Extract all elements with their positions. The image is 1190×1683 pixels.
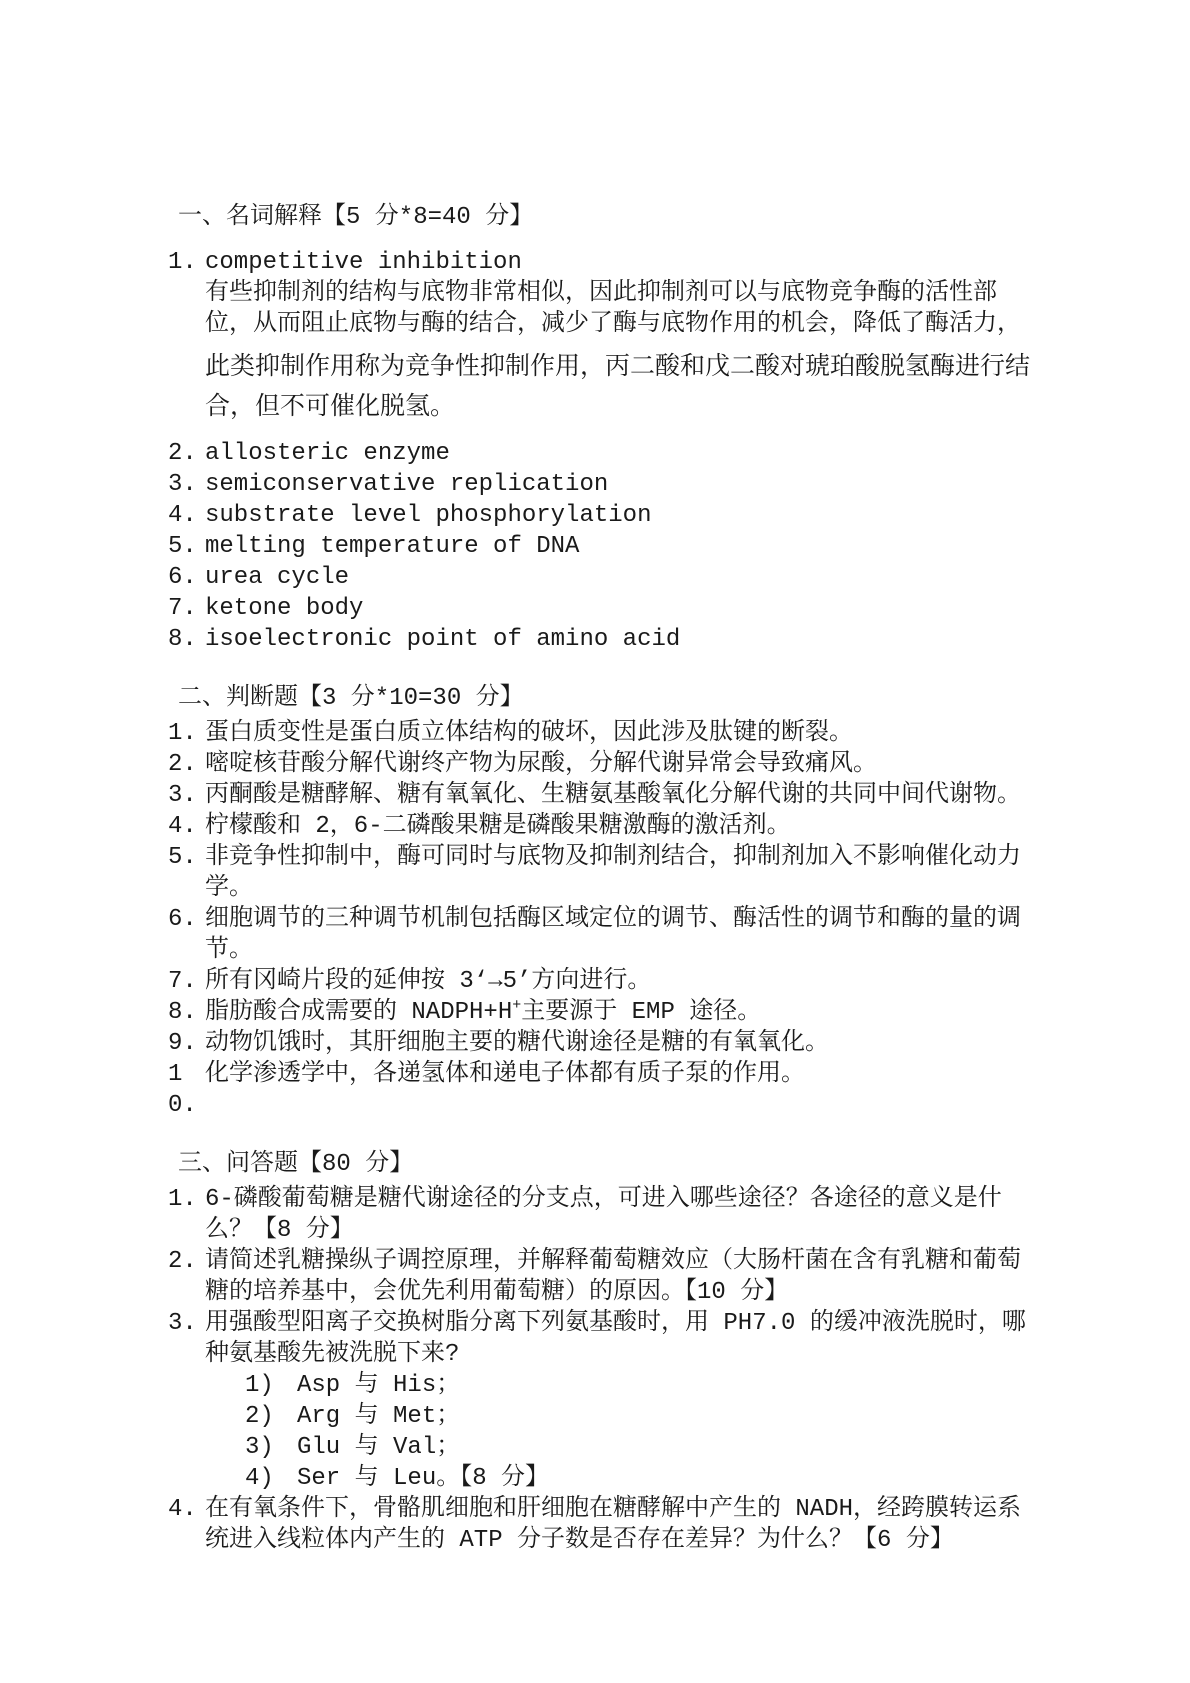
term-text: urea cycle xyxy=(205,562,1038,593)
item-number: 2. xyxy=(168,749,205,780)
subitem-text: Arg 与 Met； xyxy=(297,1401,460,1432)
tf-item-6: 6. 细胞调节的三种调节机制包括酶区域定位的调节、酶活性的调节和酶的量的调节。 xyxy=(168,904,1038,966)
subitem-number: 3) xyxy=(245,1432,297,1463)
tf-item-4: 4. 柠檬酸和 2，6-二磷酸果糖是磷酸果糖激酶的激活剂。 xyxy=(168,811,1038,842)
section-truefalse: 二、判断题【3 分*10=30 分】 1. 蛋白质变性是蛋白质立体结构的破坏，因… xyxy=(168,683,1038,1121)
subitem-text: Asp 与 His； xyxy=(297,1370,460,1401)
definition-part-1: 有些抑制剂的结构与底物非常相似，因此抑制剂可以与底物竞争酶的活性部位，从而阻止底… xyxy=(205,278,1038,340)
section-truefalse-heading: 二、判断题【3 分*10=30 分】 xyxy=(178,683,1038,714)
tf-text: 丙酮酸是糖酵解、糖有氧氧化、生糖氨基酸氧化分解代谢的共同中间代谢物。 xyxy=(205,780,1038,811)
item-number: 1. xyxy=(168,247,205,278)
tf-item-3: 3. 丙酮酸是糖酵解、糖有氧氧化、生糖氨基酸氧化分解代谢的共同中间代谢物。 xyxy=(168,780,1038,811)
tf-text: 柠檬酸和 2，6-二磷酸果糖是磷酸果糖激酶的激活剂。 xyxy=(205,811,1038,842)
term-text: ketone body xyxy=(205,593,1038,624)
term-item-5: 5. melting temperature of DNA xyxy=(168,531,1038,562)
tf-text-pre: 脂肪酸合成需要的 NADPH+H xyxy=(205,999,512,1026)
item-number: 6. xyxy=(168,562,205,593)
term-item-8: 8. isoelectronic point of amino acid xyxy=(168,624,1038,655)
item-number: 4. xyxy=(168,811,205,842)
term-text: competitive inhibition xyxy=(205,247,1038,278)
tf-item-1: 1. 蛋白质变性是蛋白质立体结构的破坏，因此涉及肽键的断裂。 xyxy=(168,718,1038,749)
term-item-7: 7. ketone body xyxy=(168,593,1038,624)
definition-part-2: 此类抑制作用称为竞争性抑制作用，丙二酸和戊二酸对琥珀酸脱氢酶进行结合，但不可催化… xyxy=(205,346,1038,426)
term-item-4: 4. substrate level phosphorylation xyxy=(168,500,1038,531)
essay-subitem-3: 3) Glu 与 Val； xyxy=(245,1432,1038,1463)
tf-item-9: 9. 动物饥饿时，其肝细胞主要的糖代谢途径是糖的有氧氧化。 xyxy=(168,1028,1038,1059)
tf-text: 非竞争性抑制中，酶可同时与底物及抑制剂结合，抑制剂加入不影响催化动力学。 xyxy=(205,842,1038,904)
item-number: 10. xyxy=(168,1059,205,1121)
tf-text: 细胞调节的三种调节机制包括酶区域定位的调节、酶活性的调节和酶的量的调节。 xyxy=(205,904,1038,966)
superscript-plus: + xyxy=(512,997,521,1014)
essay-subitem-1: 1) Asp 与 His； xyxy=(245,1370,1038,1401)
item-number: 3. xyxy=(168,1308,205,1339)
essay-item-4: 4. 在有氧条件下，骨骼肌细胞和肝细胞在糖酵解中产生的 NADH，经跨膜转运系统… xyxy=(168,1494,1038,1556)
term-text: allosteric enzyme xyxy=(205,438,1038,469)
term-item-2: 2. allosteric enzyme xyxy=(168,438,1038,469)
item-number: 7. xyxy=(168,593,205,624)
item-number: 3. xyxy=(168,469,205,500)
term-text: melting temperature of DNA xyxy=(205,531,1038,562)
essay-item-1: 1. 6-磷酸葡萄糖是糖代谢途径的分支点，可进入哪些途径？各途径的意义是什么？【… xyxy=(168,1184,1038,1246)
term-text: substrate level phosphorylation xyxy=(205,500,1038,531)
tf-item-5: 5. 非竞争性抑制中，酶可同时与底物及抑制剂结合，抑制剂加入不影响催化动力学。 xyxy=(168,842,1038,904)
item-number: 7. xyxy=(168,966,205,997)
item-number: 1. xyxy=(168,1184,205,1215)
item-number: 3. xyxy=(168,780,205,811)
term-text: isoelectronic point of amino acid xyxy=(205,624,1038,655)
essay-text: 请简述乳糖操纵子调控原理，并解释葡萄糖效应（大肠杆菌在含有乳糖和葡萄糖的培养基中… xyxy=(205,1246,1038,1308)
essay-item-3: 3. 用强酸型阳离子交换树脂分离下列氨基酸时，用 PH7.0 的缓冲液洗脱时，哪… xyxy=(168,1308,1038,1494)
term-item-1: 1. competitive inhibition 有些抑制剂的结构与底物非常相… xyxy=(168,247,1038,426)
subitem-number: 4) xyxy=(245,1463,297,1494)
essay-subitem-2: 2) Arg 与 Met； xyxy=(245,1401,1038,1432)
essay-item-2: 2. 请简述乳糖操纵子调控原理，并解释葡萄糖效应（大肠杆菌在含有乳糖和葡萄糖的培… xyxy=(168,1246,1038,1308)
tf-item-2: 2. 嘧啶核苷酸分解代谢终产物为尿酸，分解代谢异常会导致痛风。 xyxy=(168,749,1038,780)
subitem-text: Ser 与 Leu。【8 分】 xyxy=(297,1463,549,1494)
tf-text-post: 主要源于 EMP 途径。 xyxy=(521,999,761,1026)
item-number: 2. xyxy=(168,438,205,469)
tf-text: 所有冈崎片段的延伸按 3‘→5’方向进行。 xyxy=(205,966,1038,997)
essay-text: 6-磷酸葡萄糖是糖代谢途径的分支点，可进入哪些途径？各途径的意义是什么？【8 分… xyxy=(205,1184,1038,1246)
item-number: 2. xyxy=(168,1246,205,1277)
tf-text: 化学渗透学中，各递氢体和递电子体都有质子泵的作用。 xyxy=(205,1059,1038,1090)
item-number: 4. xyxy=(168,500,205,531)
term-item-body: competitive inhibition 有些抑制剂的结构与底物非常相似，因… xyxy=(205,247,1038,426)
exam-document: 一、名词解释【5 分*8=40 分】 1. competitive inhibi… xyxy=(168,202,1038,1556)
section-essay: 三、问答题【80 分】 1. 6-磷酸葡萄糖是糖代谢途径的分支点，可进入哪些途径… xyxy=(168,1149,1038,1556)
tf-text: 脂肪酸合成需要的 NADPH+H+主要源于 EMP 途径。 xyxy=(205,997,1038,1028)
item-number: 8. xyxy=(168,997,205,1028)
section-terms: 一、名词解释【5 分*8=40 分】 1. competitive inhibi… xyxy=(168,202,1038,655)
essay-text: 用强酸型阳离子交换树脂分离下列氨基酸时，用 PH7.0 的缓冲液洗脱时，哪种氨基… xyxy=(205,1308,1038,1370)
item-number: 9. xyxy=(168,1028,205,1059)
term-item-3: 3. semiconservative replication xyxy=(168,469,1038,500)
item-number: 6. xyxy=(168,904,205,935)
tf-text: 嘧啶核苷酸分解代谢终产物为尿酸，分解代谢异常会导致痛风。 xyxy=(205,749,1038,780)
section-essay-heading: 三、问答题【80 分】 xyxy=(178,1149,1038,1180)
tf-text: 动物饥饿时，其肝细胞主要的糖代谢途径是糖的有氧氧化。 xyxy=(205,1028,1038,1059)
subitem-text: Glu 与 Val； xyxy=(297,1432,460,1463)
tf-item-10: 10. 化学渗透学中，各递氢体和递电子体都有质子泵的作用。 xyxy=(168,1059,1038,1121)
item-number: 1. xyxy=(168,718,205,749)
subitem-number: 2) xyxy=(245,1401,297,1432)
tf-item-8: 8. 脂肪酸合成需要的 NADPH+H+主要源于 EMP 途径。 xyxy=(168,997,1038,1028)
tf-text: 蛋白质变性是蛋白质立体结构的破坏，因此涉及肽键的断裂。 xyxy=(205,718,1038,749)
item-number: 5. xyxy=(168,842,205,873)
term-item-6: 6. urea cycle xyxy=(168,562,1038,593)
term-text: semiconservative replication xyxy=(205,469,1038,500)
essay-text: 在有氧条件下，骨骼肌细胞和肝细胞在糖酵解中产生的 NADH，经跨膜转运系统进入线… xyxy=(205,1494,1038,1556)
essay-subitem-4: 4) Ser 与 Leu。【8 分】 xyxy=(245,1463,1038,1494)
subitem-number: 1) xyxy=(245,1370,297,1401)
item-number: 4. xyxy=(168,1494,205,1525)
section-terms-heading: 一、名词解释【5 分*8=40 分】 xyxy=(178,202,1038,233)
tf-item-7: 7. 所有冈崎片段的延伸按 3‘→5’方向进行。 xyxy=(168,966,1038,997)
item-number: 8. xyxy=(168,624,205,655)
item-number: 5. xyxy=(168,531,205,562)
